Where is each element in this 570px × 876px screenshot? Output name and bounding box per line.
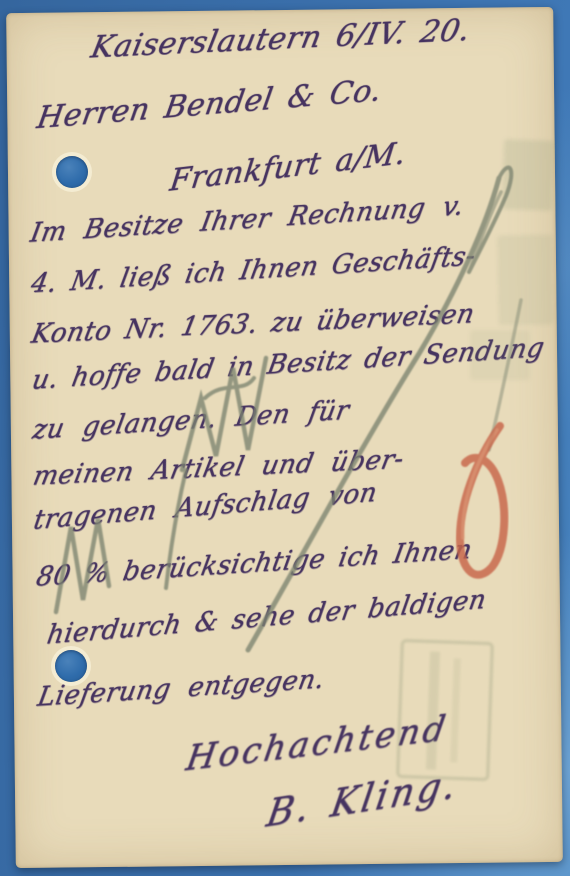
postcard: Kaiserslautern 6/IV. 20. Herren Bendel &… (6, 7, 563, 868)
bleedthrough-mark (470, 330, 530, 380)
handwriting-line: Im Besitze Ihrer Rechnung v. (28, 191, 467, 249)
handwriting-line-city: Frankfurt a/M. (168, 135, 408, 198)
scan-background: { "postcard": { "lines": [ "Kaiserslaute… (0, 0, 570, 876)
handwriting-line-dateline: Kaiserslautern 6/IV. 20. (88, 12, 474, 65)
handwriting-line-addressee: Herren Bendel & Co. (34, 73, 384, 137)
handwriting-line: 4. M. ließ ich Ihnen Geschäfts- (28, 241, 478, 300)
bleedthrough-mark (502, 139, 554, 211)
handwriting-line: zu gelangen. Den für (30, 395, 352, 446)
punch-hole-bottom (55, 650, 87, 682)
handwriting-signature: B. Kling. (264, 762, 462, 836)
handwriting-line: 80 % berücksichtige ich Ihnen (34, 535, 475, 593)
bleedthrough-mark (497, 235, 554, 326)
punch-hole-top (56, 156, 88, 188)
handwriting-closing: Hochachtend (183, 708, 451, 779)
handwriting-line: hierdurch & sehe der baldigen (45, 585, 489, 651)
